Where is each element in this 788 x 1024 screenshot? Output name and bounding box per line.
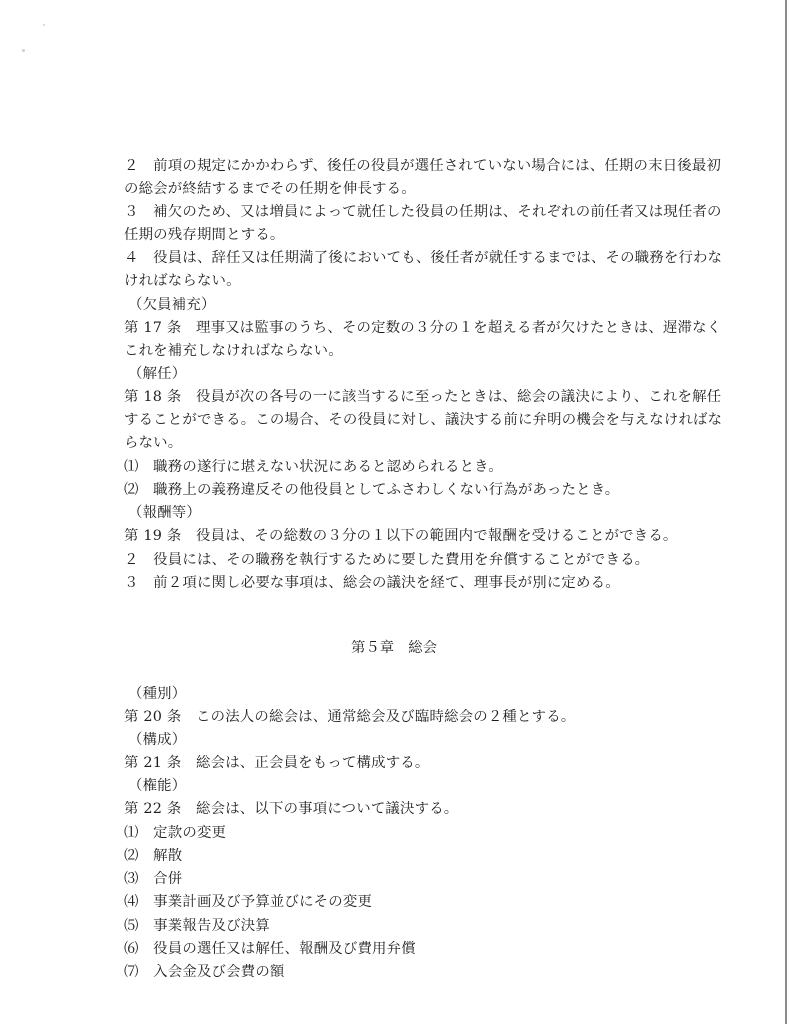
list-item: ⑶ 合併 [124,868,669,891]
page-edge-divider [785,0,787,1024]
article-line: 第 17 条 理事又は監事のうち、その定数の３分の１を超える者が欠けたときは、遅… [124,317,669,340]
paragraph-line: することができる。この場合、その役員に対し、議決する前に弁明の機会を与えなければ… [124,409,669,432]
list-item: ⑵ 解散 [124,845,669,868]
article-heading: （報酬等） [128,502,673,525]
article-heading: （構成） [128,729,673,752]
paragraph-line: の総会が終結するまでその任期を伸長する。 [124,178,669,201]
paragraph-line: ４ 役員は、辞任又は任期満了後においても、後任者が就任するまでは、その職務を行わ… [124,247,669,270]
article-line: 第 21 条 総会は、正会員をもって構成する。 [124,752,669,775]
article-line: 第 18 条 役員が次の各号の一に該当するに至ったときは、総会の議決により、これ… [124,386,669,409]
chapter-number: 第５章 [351,640,394,656]
list-item: ⑹ 役員の選任又は解任、報酬及び費用弁償 [124,938,669,961]
paragraph-line: ２ 役員には、その職務を執行するために要した費用を弁償することができる。 [124,549,669,572]
paragraph-line: これを補充しなければならない。 [124,340,669,363]
article-heading: （種別） [128,683,673,706]
paragraph-line: らない。 [124,432,669,455]
article-line: 第 19 条 役員は、その総数の３分の１以下の範囲内で報酬を受けることができる。 [124,525,669,548]
list-item: ⑷ 事業計画及び予算並びにその変更 [124,891,669,914]
list-item: ⑵ 職務上の義務違反その他役員としてふさわしくない行為があったとき。 [124,479,669,502]
paragraph-line: ２ 前項の規定にかかわらず、後任の役員が選任されていない場合には、任期の末日後最… [124,155,669,178]
chapter-name: 総会 [408,640,437,656]
scan-speck [43,24,45,26]
document-page: ２ 前項の規定にかかわらず、後任の役員が選任されていない場合には、任期の末日後最… [0,0,788,1024]
chapter-title: 第５章総会 [0,637,788,660]
scan-speck [22,49,25,52]
article-line: 第 20 条 この法人の総会は、通常総会及び臨時総会の２種とする。 [124,706,669,729]
paragraph-line: ３ 補欠のため、又は増員によって就任した役員の任期は、それぞれの前任者又は現任者… [124,201,669,224]
paragraph-line: 任期の残存期間とする。 [124,224,669,247]
article-heading: （欠員補充） [128,294,673,317]
paragraph-line: ければならない。 [124,270,669,293]
paragraph-line: ３ 前２項に関し必要な事項は、総会の議決を経て、理事長が別に定める。 [124,572,669,595]
list-item: ⑺ 入会金及び会費の額 [124,961,669,984]
list-item: ⑴ 職務の遂行に堪えない状況にあると認められるとき。 [124,456,669,479]
article-heading: （権能） [128,775,673,798]
article-heading: （解任） [128,363,673,386]
list-item: ⑴ 定款の変更 [124,822,669,845]
article-line: 第 22 条 総会は、以下の事項について議決する。 [124,798,669,821]
list-item: ⑸ 事業報告及び決算 [124,915,669,938]
